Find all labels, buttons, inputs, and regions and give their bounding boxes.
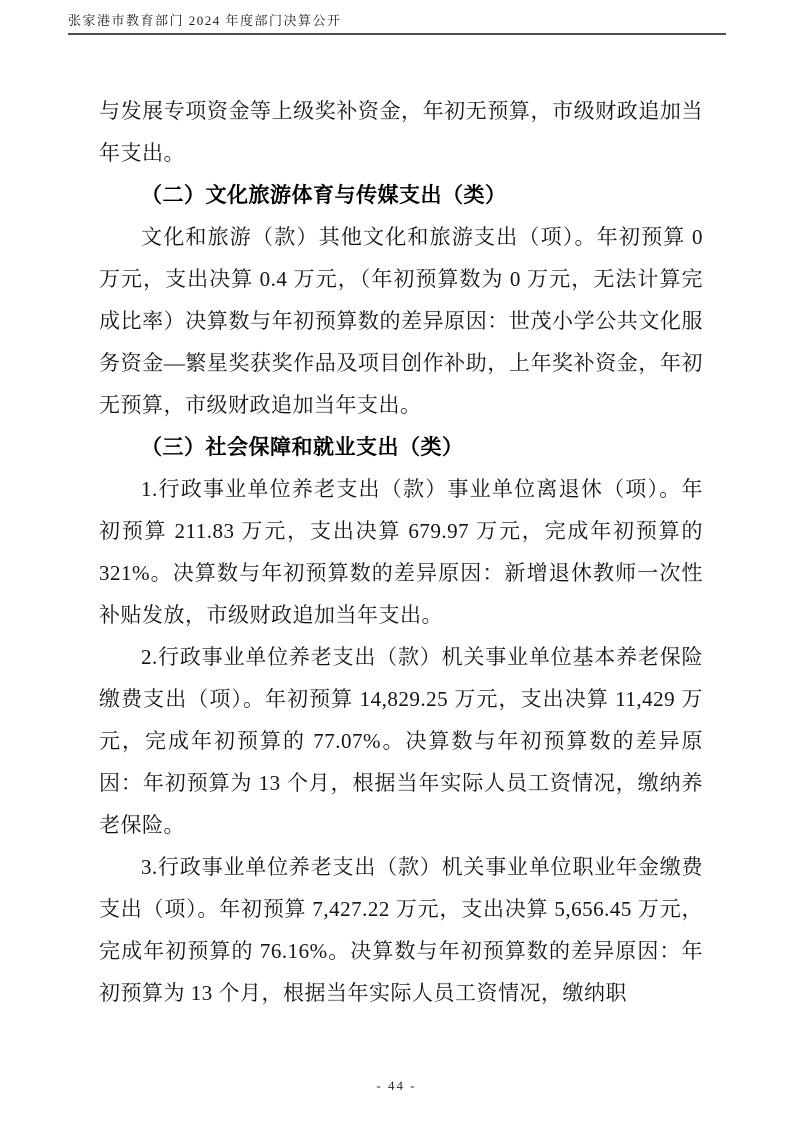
paragraph-continuation: 与发展专项资金等上级奖补资金，年初无预算，市级财政追加当年支出。 <box>99 90 703 174</box>
page-header: 张家港市教育部门 2024 年度部门决算公开 <box>68 12 726 35</box>
document-body: 与发展专项资金等上级奖补资金，年初无预算，市级财政追加当年支出。 （二）文化旅游… <box>99 90 703 1014</box>
document-page: 张家港市教育部门 2024 年度部门决算公开 与发展专项资金等上级奖补资金，年初… <box>0 0 793 1122</box>
page-number: - 44 - <box>0 1078 793 1094</box>
section-heading-social-security: （三）社会保障和就业支出（类） <box>99 426 703 468</box>
paragraph-pension-basic-insurance: 2.行政事业单位养老支出（款）机关事业单位基本养老保险缴费支出（项）。年初预算 … <box>99 636 703 846</box>
paragraph-pension-retired: 1.行政事业单位养老支出（款）事业单位离退休（项）。年初预算 211.83 万元… <box>99 468 703 636</box>
paragraph-pension-annuity: 3.行政事业单位养老支出（款）机关事业单位职业年金缴费支出（项）。年初预算 7,… <box>99 846 703 1014</box>
section-heading-culture-tourism: （二）文化旅游体育与传媒支出（类） <box>99 174 703 216</box>
header-divider <box>68 33 726 35</box>
header-title: 张家港市教育部门 2024 年度部门决算公开 <box>68 12 726 30</box>
paragraph-culture-tourism: 文化和旅游（款）其他文化和旅游支出（项）。年初预算 0 万元，支出决算 0.4 … <box>99 216 703 426</box>
